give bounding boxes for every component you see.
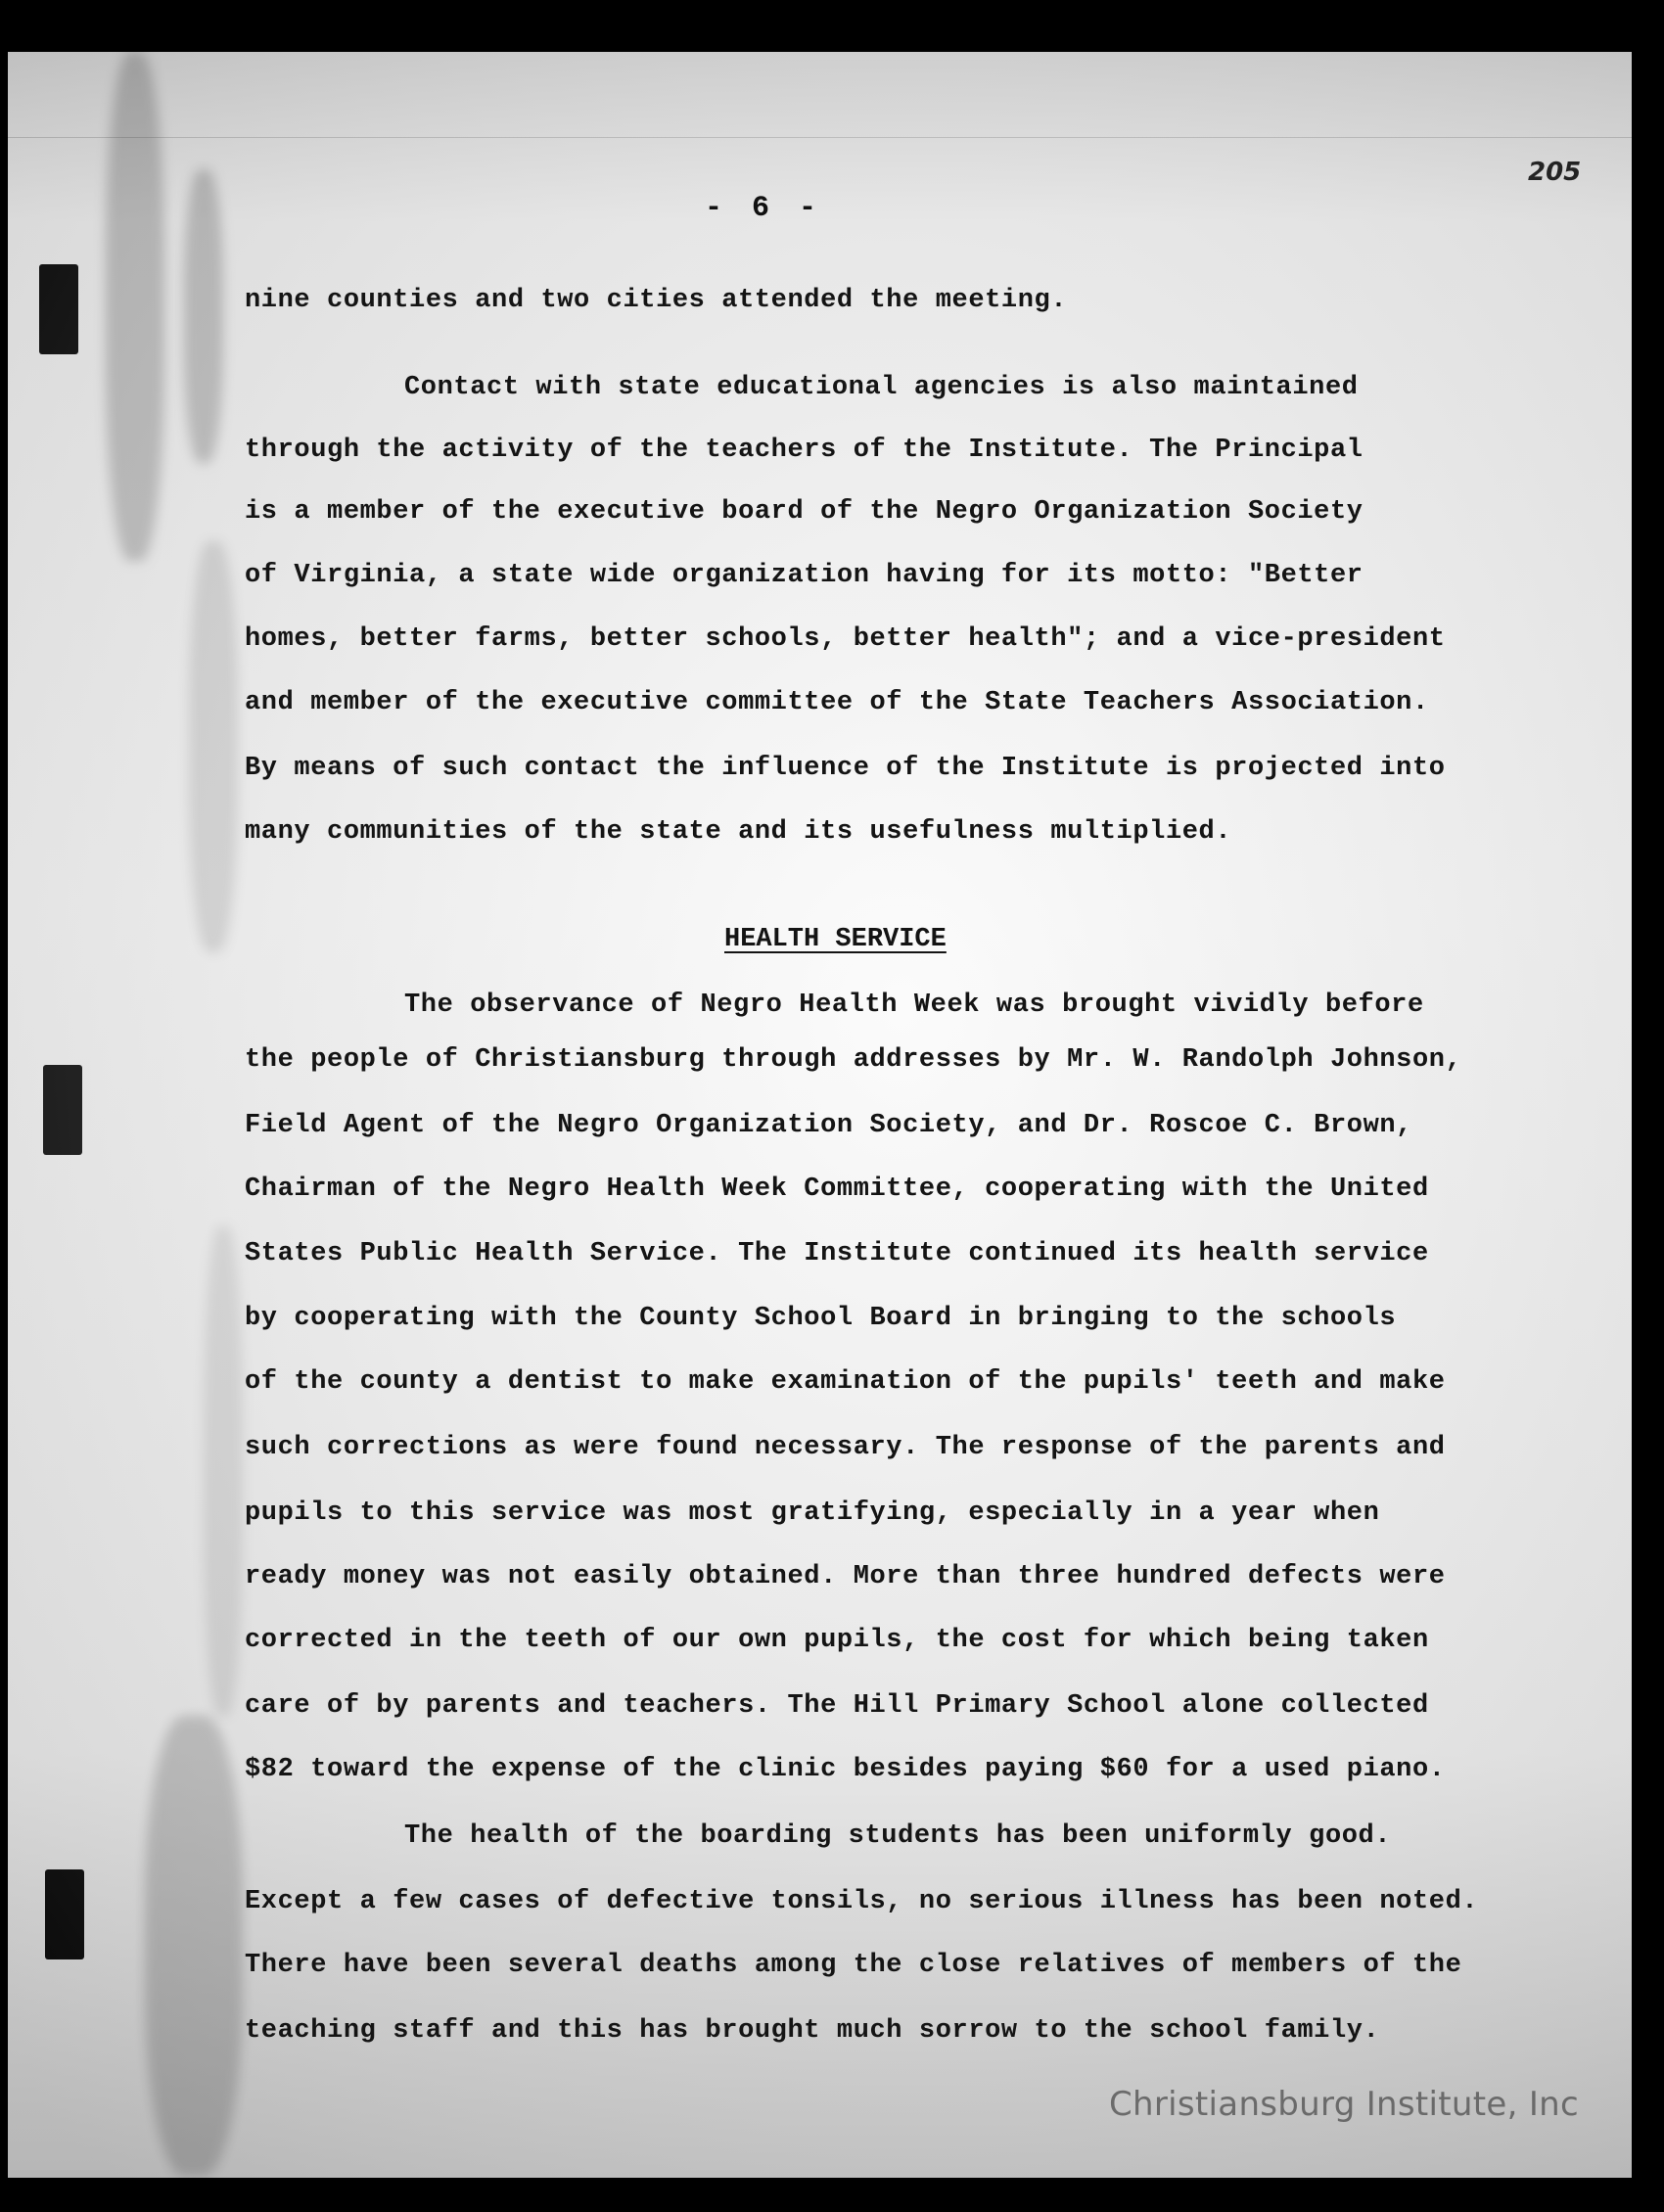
text-line: ready money was not easily obtained. Mor…: [245, 1560, 1446, 1593]
page-number: - 6 -: [705, 192, 822, 225]
text-line: of Virginia, a state wide organization h…: [245, 559, 1364, 592]
text-line: homes, better farms, better schools, bet…: [245, 622, 1446, 656]
water-stain: [106, 52, 164, 561]
scan-line: [8, 137, 1632, 138]
text-line: By means of such contact the influence o…: [245, 752, 1446, 785]
text-line: the people of Christiansburg through add…: [245, 1043, 1461, 1077]
text-line: such corrections as were found necessary…: [245, 1431, 1446, 1464]
text-line: and member of the executive committee of…: [245, 686, 1429, 719]
text-line: many communities of the state and its us…: [245, 815, 1231, 849]
text-line: is a member of the executive board of th…: [245, 495, 1364, 529]
text-line: Field Agent of the Negro Organization So…: [245, 1109, 1412, 1142]
text-line: The health of the boarding students has …: [404, 1820, 1391, 1853]
text-line: corrected in the teeth of our own pupils…: [245, 1624, 1429, 1657]
text-line: by cooperating with the County School Bo…: [245, 1302, 1396, 1335]
water-stain: [184, 169, 223, 463]
registration-mark: [43, 1065, 82, 1155]
water-stain: [145, 1716, 243, 2176]
text-line: of the county a dentist to make examinat…: [245, 1365, 1446, 1399]
water-stain: [204, 1226, 243, 1716]
text-line: Contact with state educational agencies …: [404, 371, 1359, 404]
text-line: pupils to this service was most gratifyi…: [245, 1497, 1379, 1530]
handwritten-page-number: 205: [1528, 158, 1581, 187]
text-line: The observance of Negro Health Week was …: [404, 989, 1424, 1022]
water-stain: [189, 541, 238, 952]
text-line: teaching staff and this has brought much…: [245, 2014, 1379, 2048]
text-line: Chairman of the Negro Health Week Commit…: [245, 1173, 1429, 1206]
registration-mark: [45, 1869, 84, 1959]
text-line: Except a few cases of defective tonsils,…: [245, 1885, 1478, 1918]
watermark: Christiansburg Institute, Inc: [1109, 2085, 1579, 2124]
text-line: There have been several deaths among the…: [245, 1949, 1461, 1982]
text-line: through the activity of the teachers of …: [245, 434, 1364, 467]
text-line: States Public Health Service. The Instit…: [245, 1237, 1429, 1270]
text-line: $82 toward the expense of the clinic bes…: [245, 1753, 1446, 1786]
section-heading: HEALTH SERVICE: [724, 925, 947, 954]
text-line: care of by parents and teachers. The Hil…: [245, 1689, 1429, 1723]
text-line: nine counties and two cities attended th…: [245, 284, 1067, 317]
registration-mark: [39, 264, 78, 354]
